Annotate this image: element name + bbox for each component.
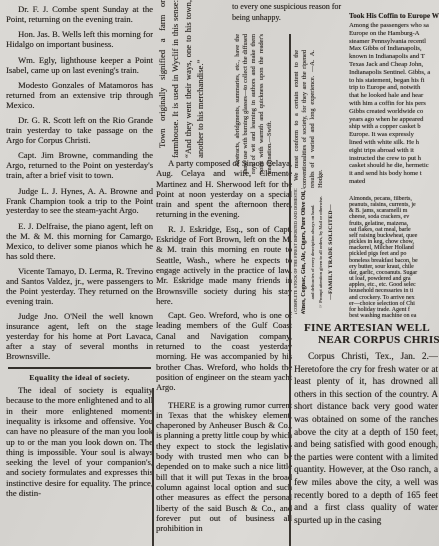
artesian-heading-line2: NEAR CORPUS CHRISTI. xyxy=(296,334,439,346)
news-brief: Capt. Jim Browne, commanding the Argo, r… xyxy=(6,151,153,181)
news-brief: Dr. G. R. Scott left on the Rio Grande t… xyxy=(6,116,153,146)
coffin-article-heading: Took His Coffin to Europe W xyxy=(349,12,439,20)
news-brief: Wm. Egly, lighthouse keeper a Point Isab… xyxy=(6,56,153,76)
news-brief: Judge L. J. Hynes, A. A. Browne and Fran… xyxy=(6,187,153,217)
rotated-town-clipping: Town originally signified a farm or farm… xyxy=(156,0,234,158)
section-divider-rule xyxy=(8,367,151,369)
ad-line-family-trade: —FAMILY TRADE SOLICITED— xyxy=(328,188,334,314)
ad-line-orders: ☞ Prompt attention given to all orders, … xyxy=(318,188,324,314)
news-brief: R. J. Eskridge, Esq., son of Capt. Eskri… xyxy=(156,224,292,306)
coffin-article: Took His Coffin to Europe W Among the pa… xyxy=(349,12,439,195)
news-brief: Judge Jno. O'Neil the well known insuran… xyxy=(6,312,153,362)
news-brief: Vicente Tamayo, D. Lerma, R. Trevino and… xyxy=(6,267,153,307)
news-brief: E. J. Delfraise, the piano agent, left o… xyxy=(6,222,153,262)
news-brief: Capt. Geo. Wreford, who is one of leadin… xyxy=(156,310,292,392)
swift-quote-text: Abstracts, abridgments, summaries, etc.,… xyxy=(234,34,292,174)
equality-article-heading: Equality the ideal of society. xyxy=(6,373,153,382)
middle-column: A party composed of Simon Celaya, Aug. C… xyxy=(156,158,292,546)
ad-line-stock: A COMPLETE STOCK OF THE FINEST IMPORTED … xyxy=(294,188,298,314)
column-rule xyxy=(289,34,291,546)
artesian-article-body: Corpus Christi, Tex., Jan. 2.—Heretofore… xyxy=(294,350,438,546)
hodge-quote-text: We must conform to a certain extent to t… xyxy=(293,50,323,188)
news-brief: Dr. F. J. Combe spent Sunday at the Poin… xyxy=(6,5,153,25)
news-brief: A party composed of Simon Celaya, Aug. C… xyxy=(156,158,292,220)
rotated-hodge-quote-clipping: We must conform to a certain extent to t… xyxy=(293,50,323,188)
editorial-paragraph: THERE is a growing rumor current in Texa… xyxy=(156,400,292,534)
newspaper-scrapbook-page: Dr. F. J. Combe spent Sunday at the Poin… xyxy=(0,0,439,546)
artesian-article-heading: FINE ARTESIAN WELL NEAR CORPUS CHRISTI. xyxy=(296,322,439,348)
news-brief: Hon. Jas. B. Wells left this morning for… xyxy=(6,30,153,50)
town-note-text: Town originally signified a farm or farm… xyxy=(156,0,234,158)
grocery-list-clipping: Almonds, pecans, filberts, peanuts, rais… xyxy=(349,196,439,320)
ad-line-goods: Wines, Cognac, Gin, Ale, Cigars, Pure Ol… xyxy=(301,188,307,314)
column-rule xyxy=(152,388,154,546)
coffin-article-body: Among the passengers who sa Europe on th… xyxy=(349,22,439,186)
artesian-heading-line1: FINE ARTESIAN WELL xyxy=(296,322,439,334)
rotated-swift-quote-clipping: Abstracts, abridgments, summaries, etc.,… xyxy=(234,34,292,174)
cutoff-clipping-fragment: to every one suspicious reason for being… xyxy=(232,1,356,28)
news-brief: Modesto Gonzales of Matamoros has return… xyxy=(6,81,153,111)
equality-article-body: The ideal of society is equality because… xyxy=(6,385,153,498)
ad-line-delicacies: and delicacies of every description alwa… xyxy=(310,188,315,314)
left-column: Dr. F. J. Combe spent Sunday at the Poin… xyxy=(6,5,153,546)
rotated-liquor-ad-clipping: A COMPLETE STOCK OF THE FINEST IMPORTED … xyxy=(294,186,348,314)
liquor-ad-text: A COMPLETE STOCK OF THE FINEST IMPORTED … xyxy=(294,188,348,314)
